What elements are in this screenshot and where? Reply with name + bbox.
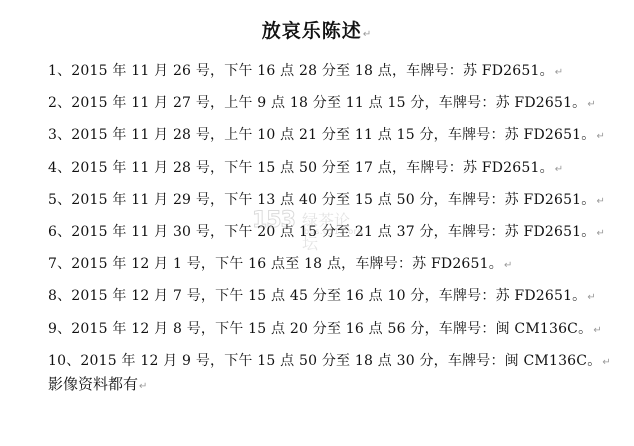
paragraph-mark-icon: ↵	[555, 164, 564, 175]
paragraph-mark-icon: ↵	[139, 381, 147, 392]
paragraph-mark-icon: ↵	[602, 357, 611, 368]
paragraph-mark-icon: ↵	[363, 29, 372, 40]
entry-text: 3、2015 年 11 月 28 号，上午 10 点 21 分至 11 点 15…	[48, 127, 596, 143]
entry-text: 6、2015 年 11 月 30 号，下午 20 点 15 分至 21 点 37…	[48, 224, 596, 240]
entry-line: 4、2015 年 11 月 28 号，下午 15 点 50 分至 17 点，车牌…	[48, 155, 634, 187]
entry-text: 9、2015 年 12 月 8 号，下午 15 点 20 分至 16 点 56 …	[48, 321, 592, 337]
entry-text: 1、2015 年 11 月 26 号，下午 16 点 28 分至 18 点，车牌…	[48, 63, 554, 79]
entry-text: 7、2015 年 12 月 1 号，下午 16 点至 18 点，车牌号：苏 FD…	[48, 256, 503, 272]
entry-line: 3、2015 年 11 月 28 号，上午 10 点 21 分至 11 点 15…	[48, 122, 634, 154]
entry-line: 1、2015 年 11 月 26 号，下午 16 点 28 分至 18 点，车牌…	[48, 58, 634, 90]
entry-line: 7、2015 年 12 月 1 号，下午 16 点至 18 点，车牌号：苏 FD…	[48, 251, 634, 283]
title-text: 放哀乐陈述	[262, 20, 362, 42]
entry-text: 10、2015 年 12 月 9 号，下午 15 点 50 分至 18 点 30…	[48, 353, 601, 369]
entry-line: 2、2015 年 11 月 27 号，上午 9 点 18 分至 11 点 15 …	[48, 90, 634, 122]
entry-text: 4、2015 年 11 月 28 号，下午 15 点 50 分至 17 点，车牌…	[48, 160, 554, 176]
entry-text: 2、2015 年 11 月 27 号，上午 9 点 18 分至 11 点 15 …	[48, 95, 586, 111]
entry-line: 9、2015 年 12 月 8 号，下午 15 点 20 分至 16 点 56 …	[48, 316, 634, 348]
paragraph-mark-icon: ↵	[587, 292, 596, 303]
paragraph-mark-icon: ↵	[597, 196, 606, 207]
entry-line: 6、2015 年 11 月 30 号，下午 20 点 15 分至 21 点 37…	[48, 219, 634, 251]
entry-line: 5、2015 年 11 月 29 号，下午 13 点 40 分至 15 点 50…	[48, 187, 634, 219]
closing-text: 影像资料都有	[48, 375, 138, 393]
entry-list: 1、2015 年 11 月 26 号，下午 16 点 28 分至 18 点，车牌…	[48, 58, 634, 380]
document-page: 放哀乐陈述↵ 1、2015 年 11 月 26 号，下午 16 点 28 分至 …	[0, 0, 634, 446]
paragraph-mark-icon: ↵	[555, 67, 564, 78]
entry-line: 8、2015 年 12 月 7 号，下午 15 点 45 分至 16 点 10 …	[48, 283, 634, 315]
paragraph-mark-icon: ↵	[504, 260, 513, 271]
closing-line: 影像资料都有↵	[48, 372, 147, 399]
paragraph-mark-icon: ↵	[597, 131, 606, 142]
entry-text: 8、2015 年 12 月 7 号，下午 15 点 45 分至 16 点 10 …	[48, 288, 586, 304]
document-title: 放哀乐陈述↵	[0, 18, 634, 48]
paragraph-mark-icon: ↵	[593, 325, 602, 336]
paragraph-mark-icon: ↵	[597, 228, 606, 239]
paragraph-mark-icon: ↵	[587, 99, 596, 110]
entry-text: 5、2015 年 11 月 29 号，下午 13 点 40 分至 15 点 50…	[48, 192, 596, 208]
